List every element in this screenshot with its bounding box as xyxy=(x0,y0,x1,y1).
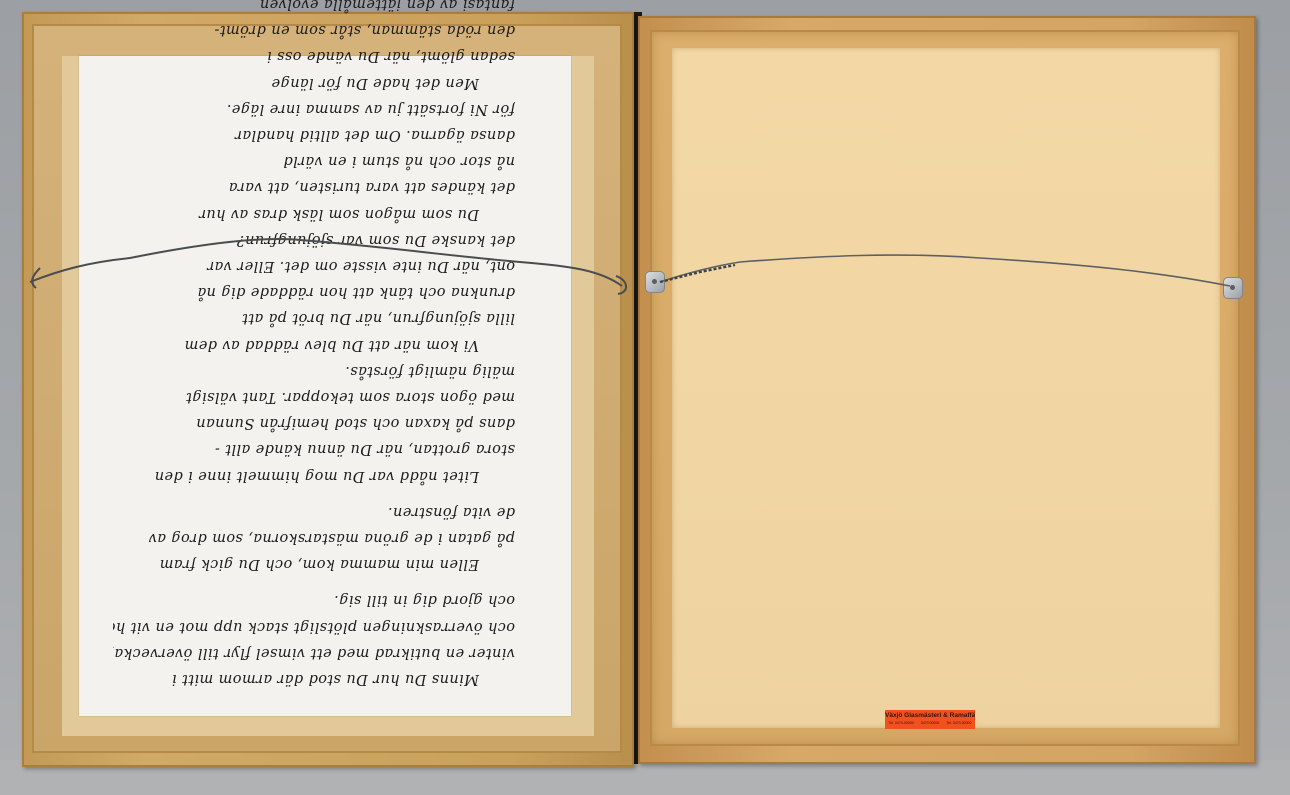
hanging-wires xyxy=(0,0,1290,795)
